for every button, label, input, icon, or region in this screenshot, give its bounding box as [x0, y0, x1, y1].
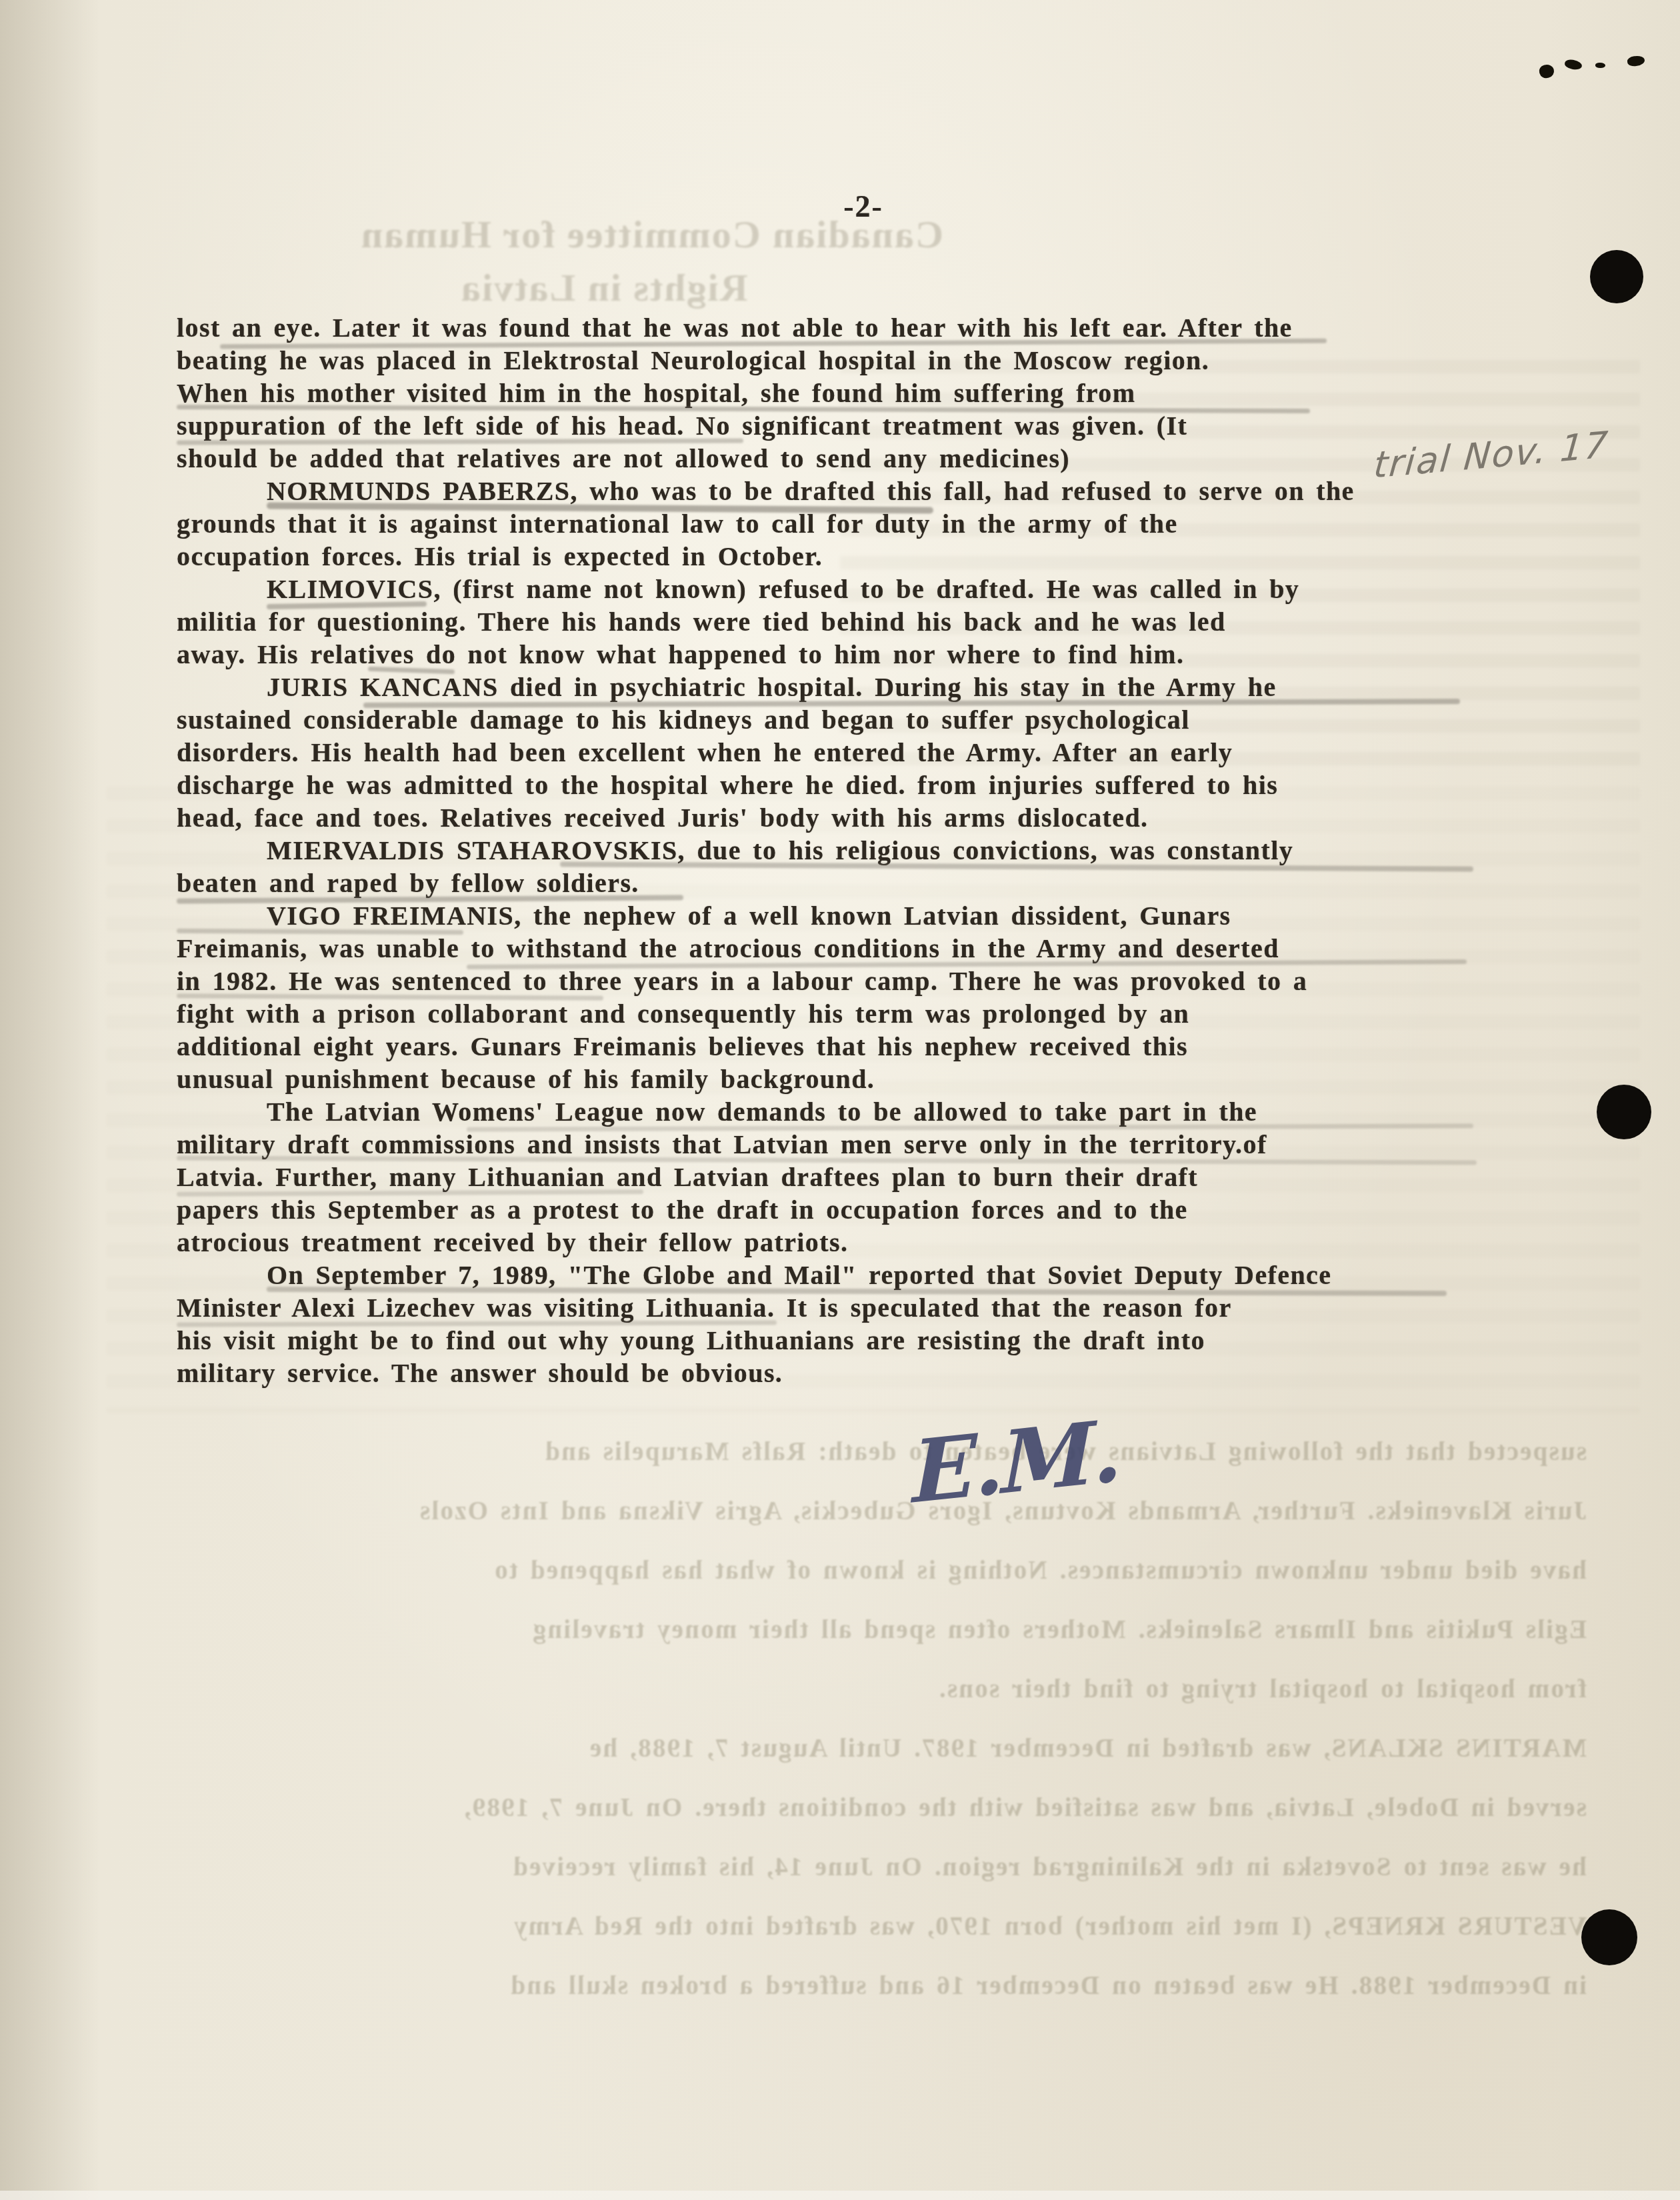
hole-punch-mark — [1597, 1085, 1651, 1139]
bleedthrough-text-line: in December 1988. He was beaten on Decem… — [97, 1971, 1613, 2001]
bleedthrough-text-line: Egils Pukitis and Ilmars Salenieks. Moth… — [97, 1615, 1607, 1645]
text-line: his visit might be to find out why young… — [177, 1325, 1530, 1357]
text-line: discharge he was admitted to the hospita… — [177, 769, 1530, 802]
text-line: fight with a prison collaborant and cons… — [177, 998, 1530, 1031]
paragraph: KLIMOVICS, (first name not known) refuse… — [177, 573, 1530, 671]
scan-bottom-edge — [0, 2191, 1680, 2200]
bleedthrough-text-line: Juris Klavenieks. Further, Armands Kovtu… — [97, 1496, 1600, 1526]
text-line: beating he was placed in Elektrostal Neu… — [177, 345, 1530, 377]
paragraph: lost an eye. Later it was found that he … — [177, 312, 1530, 475]
text-line: head, face and toes. Relatives received … — [177, 802, 1530, 835]
hole-punch-mark — [1590, 250, 1643, 303]
text-line: suppuration of the left side of his head… — [177, 410, 1530, 443]
bleedthrough-text-line: VESTURS KRNEPS, (I met his mother) born … — [97, 1911, 1640, 1941]
text-line: VIGO FREIMANIS, the nephew of a well kno… — [177, 900, 1530, 933]
text-line: military service. The answer should be o… — [177, 1357, 1530, 1390]
paragraph: NORMUNDS PABERZS, who was to be drafted … — [177, 475, 1530, 573]
text-line: additional eight years. Gunars Freimanis… — [177, 1031, 1530, 1063]
bleedthrough-text-line: MARTINS SKLANS, was drafted in December … — [97, 1733, 1647, 1763]
text-line: in 1982. He was sentenced to three years… — [177, 965, 1530, 998]
text-line: MIERVALDIS STAHAROVSKIS, due to his reli… — [177, 835, 1530, 867]
bleedthrough-text-line: suspected that the following Latvians we… — [97, 1437, 1627, 1467]
text-line: atrocious treatment received by their fe… — [177, 1227, 1530, 1259]
bleedthrough-text-line: from hospital to hospital trying to find… — [97, 1674, 1680, 1704]
scanned-document-page: Canadian Committee for Human Rights in L… — [0, 0, 1680, 2200]
page-edge-shading — [0, 0, 100, 2200]
text-line: should be added that relatives are not a… — [177, 443, 1530, 475]
text-line: Latvia. Further, many Lithuanian and Lat… — [177, 1161, 1530, 1194]
text-line: disorders. His health had been excellent… — [177, 737, 1530, 769]
text-line: unusual punishment because of his family… — [177, 1063, 1530, 1096]
typewritten-text-block: lost an eye. Later it was found that he … — [177, 312, 1530, 1390]
staple-mark — [1595, 63, 1605, 68]
text-line: Minister Alexi Lizechev was visiting Lit… — [177, 1292, 1530, 1325]
text-line: lost an eye. Later it was found that he … — [177, 312, 1530, 345]
hole-punch-mark — [1581, 1909, 1637, 1965]
text-line: sustained considerable damage to his kid… — [177, 704, 1530, 737]
bleedthrough-text-line: served in Dobele, Latvia, and was satisf… — [97, 1793, 1603, 1823]
bleedthrough-text-line: have died under unknown circumstances. N… — [97, 1555, 1617, 1585]
text-line: occupation forces. His trial is expected… — [177, 541, 1530, 573]
bleedthrough-text-line: he was sent to Sovetska in the Kaliningr… — [97, 1852, 1623, 1882]
text-line: militia for questioning. There his hands… — [177, 606, 1530, 639]
text-line: papers this September as a protest to th… — [177, 1194, 1530, 1227]
staple-mark — [1627, 55, 1645, 67]
paragraph: The Latvian Womens' League now demands t… — [177, 1096, 1530, 1259]
text-line: beaten and raped by fellow soldiers. — [177, 867, 1530, 900]
page-number: -2- — [820, 189, 907, 224]
paragraph: JURIS KANCANS died in psychiatric hospit… — [177, 671, 1530, 835]
text-line: KLIMOVICS, (first name not known) refuse… — [177, 573, 1530, 606]
